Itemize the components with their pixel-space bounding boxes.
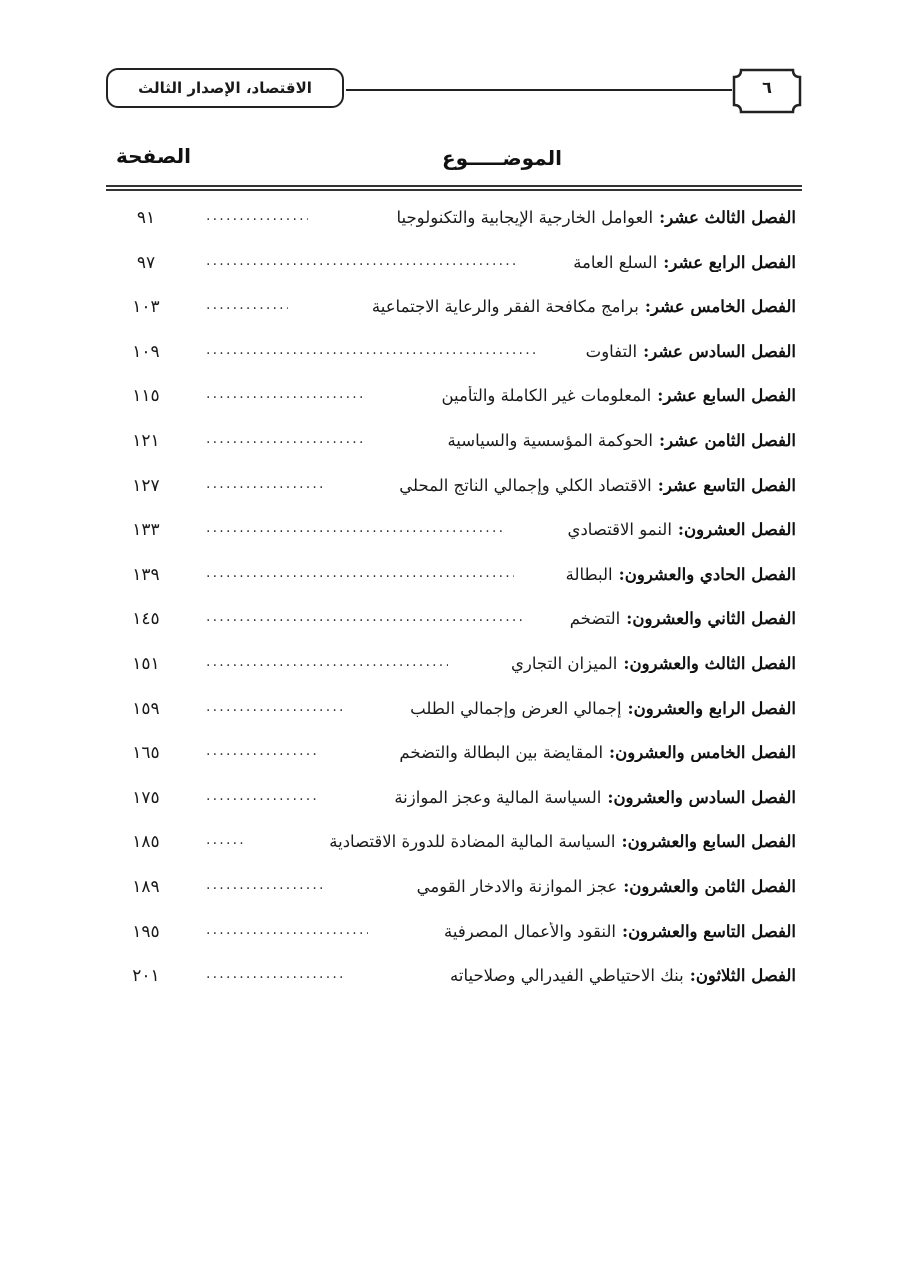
toc-entry[interactable]: الفصل السابع عشر:المعلومات غير الكاملة و… xyxy=(106,378,796,423)
toc-entry-text: الفصل الخامس عشر:برامج مكافحة الفقر والر… xyxy=(372,297,796,316)
toc-separator: : xyxy=(623,654,629,673)
toc-separator: : xyxy=(619,565,625,584)
toc-page-number: ١٢٧ xyxy=(116,476,176,496)
toc-entry-text: الفصل السابع عشر:المعلومات غير الكاملة و… xyxy=(441,386,796,405)
toc-page-number: ١٧٥ xyxy=(116,788,176,808)
toc-entry[interactable]: الفصل الرابع والعشرون:إجمالي العرض وإجما… xyxy=(106,691,796,736)
toc-dot-leader: ........................................… xyxy=(206,431,362,453)
toc-separator: : xyxy=(622,922,628,941)
toc-page-number: ١٥٩ xyxy=(116,699,176,719)
toc-chapter-label: الفصل التاسع عشر xyxy=(664,476,796,495)
toc-separator: : xyxy=(690,966,696,985)
toc-entry[interactable]: الفصل السادس عشر:التفاوت................… xyxy=(106,334,796,379)
toc-dot-leader: ........................................… xyxy=(206,253,518,275)
toc-entry[interactable]: الفصل السابع والعشرون:السياسة المالية ال… xyxy=(106,824,796,869)
toc-entry-text: الفصل الرابع عشر:السلع العامة xyxy=(573,253,796,272)
toc-chapter-label: الفصل الثالث عشر xyxy=(665,208,796,227)
toc-page-number: ١٣٣ xyxy=(116,520,176,540)
toc-page-number: ١٢١ xyxy=(116,431,176,451)
toc-entry[interactable]: الفصل التاسع والعشرون:النقود والأعمال ال… xyxy=(106,914,796,959)
toc-dot-leader: ........................................… xyxy=(206,788,318,810)
toc-entry[interactable]: الفصل السادس والعشرون:السياسة المالية وع… xyxy=(106,780,796,825)
toc-chapter-title: السياسة المالية المضادة للدورة الاقتصادي… xyxy=(329,832,615,851)
toc-chapter-title: الحوكمة المؤسسية والسياسية xyxy=(447,431,653,450)
toc-entry-text: الفصل التاسع والعشرون:النقود والأعمال ال… xyxy=(444,922,796,941)
toc-separator: : xyxy=(623,877,629,896)
toc-dot-leader: ........................................… xyxy=(206,342,538,364)
toc-entry[interactable]: الفصل الثاني والعشرون:التضخم............… xyxy=(106,601,796,646)
toc-entry-text: الفصل الثامن والعشرون:عجز الموازنة والاد… xyxy=(417,877,796,896)
toc-dot-leader: ........................................… xyxy=(206,743,316,765)
toc-chapter-label: الفصل الحادي والعشرون xyxy=(625,565,796,584)
toc-chapter-label: الفصل السادس والعشرون xyxy=(613,788,796,807)
toc-page-number: ١٨٥ xyxy=(116,832,176,852)
toc-entry[interactable]: الفصل العشرون:النمو الاقتصادي...........… xyxy=(106,512,796,557)
toc-entry-text: الفصل التاسع عشر:الاقتصاد الكلي وإجمالي … xyxy=(399,476,796,495)
toc-entry-text: الفصل الثلاثون:بنك الاحتياطي الفيدرالي و… xyxy=(450,966,796,985)
toc-entry[interactable]: الفصل الثالث والعشرون:الميزان التجاري...… xyxy=(106,646,796,691)
toc-chapter-title: إجمالي العرض وإجمالي الطلب xyxy=(410,699,621,718)
toc-chapter-title: البطالة xyxy=(566,565,613,584)
toc-dot-leader: ........................................… xyxy=(206,565,514,587)
toc-page-number: ١٦٥ xyxy=(116,743,176,763)
heading-subject: الموضـــــوع xyxy=(442,146,562,170)
page-number: ٦ xyxy=(732,78,802,97)
page-number-box: ٦ xyxy=(732,68,802,112)
toc-chapter-label: الفصل السابع عشر xyxy=(663,386,796,405)
toc-separator: : xyxy=(621,832,627,851)
toc-page-number: ٩١ xyxy=(116,208,176,228)
running-header: الاقتصاد، الإصدار الثالث ٦ xyxy=(106,66,802,114)
toc-separator: : xyxy=(657,386,663,405)
toc-dot-leader: ........................................… xyxy=(206,654,448,676)
toc-chapter-label: الفصل الخامس والعشرون xyxy=(615,743,796,762)
header-connector-line xyxy=(346,89,732,91)
toc-chapter-title: النمو الاقتصادي xyxy=(568,520,672,539)
toc-dot-leader: ........................................… xyxy=(206,297,288,319)
double-rule-divider xyxy=(106,185,802,191)
toc-dot-leader: ........................................… xyxy=(206,609,524,631)
toc-chapter-title: التفاوت xyxy=(586,342,637,361)
toc-page-number: ١٠٣ xyxy=(116,297,176,317)
toc-entry[interactable]: الفصل الرابع عشر:السلع العامة...........… xyxy=(106,245,796,290)
toc-separator: : xyxy=(628,699,634,718)
toc-separator: : xyxy=(609,743,615,762)
toc-chapter-title: السياسة المالية وعجز الموازنة xyxy=(394,788,601,807)
toc-chapter-title: الاقتصاد الكلي وإجمالي الناتج المحلي xyxy=(399,476,651,495)
column-headings: الموضـــــوع الصفحة xyxy=(106,140,802,180)
toc-page-number: ١١٥ xyxy=(116,386,176,406)
heading-page: الصفحة xyxy=(116,144,191,168)
toc-entry[interactable]: الفصل الحادي والعشرون:البطالة...........… xyxy=(106,557,796,602)
toc-entry[interactable]: الفصل الثامن والعشرون:عجز الموازنة والاد… xyxy=(106,869,796,914)
toc-chapter-label: الفصل الثالث والعشرون xyxy=(629,654,796,673)
toc-dot-leader: ........................................… xyxy=(206,699,346,721)
toc-chapter-label: الفصل الثامن والعشرون xyxy=(629,877,796,896)
toc-separator: : xyxy=(645,297,651,316)
toc-page-number: ١٥١ xyxy=(116,654,176,674)
toc-chapter-label: الفصل السادس عشر xyxy=(649,342,796,361)
toc-page-number: ١٣٩ xyxy=(116,565,176,585)
toc-chapter-title: برامج مكافحة الفقر والرعاية الاجتماعية xyxy=(372,297,639,316)
toc-entry-text: الفصل الثاني والعشرون:التضخم xyxy=(570,609,796,628)
toc-chapter-label: الفصل السابع والعشرون xyxy=(628,832,796,851)
toc-entry-text: الفصل السادس عشر:التفاوت xyxy=(586,342,796,361)
toc-chapter-title: النقود والأعمال المصرفية xyxy=(444,922,616,941)
toc-dot-leader: ........................................… xyxy=(206,520,502,542)
toc-dot-leader: ........................................… xyxy=(206,476,324,498)
toc-dot-leader: ........................................… xyxy=(206,208,308,230)
toc-separator: : xyxy=(607,788,613,807)
toc-page-number: ٢٠١ xyxy=(116,966,176,986)
book-title: الاقتصاد، الإصدار الثالث xyxy=(138,79,312,97)
toc-dot-leader: ........................................… xyxy=(206,832,246,854)
toc-separator: : xyxy=(626,609,632,628)
toc-entry-text: الفصل الثالث والعشرون:الميزان التجاري xyxy=(511,654,796,673)
toc-entry-text: الفصل الثامن عشر:الحوكمة المؤسسية والسيا… xyxy=(447,431,796,450)
toc-chapter-title: العوامل الخارجية الإيجابية والتكنولوجيا xyxy=(396,208,653,227)
book-title-box: الاقتصاد، الإصدار الثالث xyxy=(106,68,344,108)
toc-entry[interactable]: الفصل التاسع عشر:الاقتصاد الكلي وإجمالي … xyxy=(106,468,796,513)
toc-chapter-title: عجز الموازنة والادخار القومي xyxy=(417,877,618,896)
toc-entry[interactable]: الفصل الخامس عشر:برامج مكافحة الفقر والر… xyxy=(106,289,796,334)
toc-entry[interactable]: الفصل الثامن عشر:الحوكمة المؤسسية والسيا… xyxy=(106,423,796,468)
toc-page-number: ١٨٩ xyxy=(116,877,176,897)
toc-chapter-title: المقايضة بين البطالة والتضخم xyxy=(399,743,603,762)
toc-entry-text: الفصل الخامس والعشرون:المقايضة بين البطا… xyxy=(399,743,796,762)
toc-chapter-label: الفصل العشرون xyxy=(684,520,796,539)
toc-chapter-label: الفصل الرابع عشر xyxy=(669,253,796,272)
toc-chapter-label: الفصل الثامن عشر xyxy=(665,431,796,450)
toc-separator: : xyxy=(659,208,665,227)
toc-entry-text: الفصل الحادي والعشرون:البطالة xyxy=(566,565,796,584)
toc-chapter-label: الفصل التاسع والعشرون xyxy=(628,922,796,941)
toc-page-number: ١٤٥ xyxy=(116,609,176,629)
toc-entry-text: الفصل الرابع والعشرون:إجمالي العرض وإجما… xyxy=(410,699,796,718)
toc-chapter-title: بنك الاحتياطي الفيدرالي وصلاحياته xyxy=(450,966,684,985)
toc-dot-leader: ........................................… xyxy=(206,386,364,408)
toc-page-number: ٩٧ xyxy=(116,253,176,273)
toc-page-number: ١٩٥ xyxy=(116,922,176,942)
toc-separator: : xyxy=(663,253,669,272)
toc-chapter-label: الفصل الخامس عشر xyxy=(651,297,796,316)
toc-entry-text: الفصل العشرون:النمو الاقتصادي xyxy=(568,520,796,539)
toc-chapter-title: السلع العامة xyxy=(573,253,657,272)
toc-chapter-label: الفصل الثلاثون xyxy=(696,966,796,985)
toc-separator: : xyxy=(643,342,649,361)
toc-dot-leader: ........................................… xyxy=(206,966,344,988)
toc-entry[interactable]: الفصل الخامس والعشرون:المقايضة بين البطا… xyxy=(106,735,796,780)
toc-chapter-title: التضخم xyxy=(570,609,621,628)
toc-list: الفصل الثالث عشر:العوامل الخارجية الإيجا… xyxy=(106,200,796,1003)
toc-dot-leader: ........................................… xyxy=(206,877,326,899)
toc-separator: : xyxy=(659,431,665,450)
toc-entry-text: الفصل السابع والعشرون:السياسة المالية ال… xyxy=(329,832,796,851)
toc-page-number: ١٠٩ xyxy=(116,342,176,362)
toc-entry[interactable]: الفصل الثالث عشر:العوامل الخارجية الإيجا… xyxy=(106,200,796,245)
toc-chapter-title: المعلومات غير الكاملة والتأمين xyxy=(441,386,651,405)
toc-dot-leader: ........................................… xyxy=(206,922,368,944)
toc-page: الاقتصاد، الإصدار الثالث ٦ الموضـــــوع … xyxy=(0,0,906,1280)
toc-entry-text: الفصل السادس والعشرون:السياسة المالية وع… xyxy=(394,788,796,807)
toc-separator: : xyxy=(658,476,664,495)
toc-chapter-label: الفصل الثاني والعشرون xyxy=(632,609,796,628)
toc-entry[interactable]: الفصل الثلاثون:بنك الاحتياطي الفيدرالي و… xyxy=(106,958,796,1003)
toc-chapter-title: الميزان التجاري xyxy=(511,654,617,673)
toc-entry-text: الفصل الثالث عشر:العوامل الخارجية الإيجا… xyxy=(396,208,796,227)
toc-separator: : xyxy=(678,520,684,539)
toc-chapter-label: الفصل الرابع والعشرون xyxy=(634,699,796,718)
